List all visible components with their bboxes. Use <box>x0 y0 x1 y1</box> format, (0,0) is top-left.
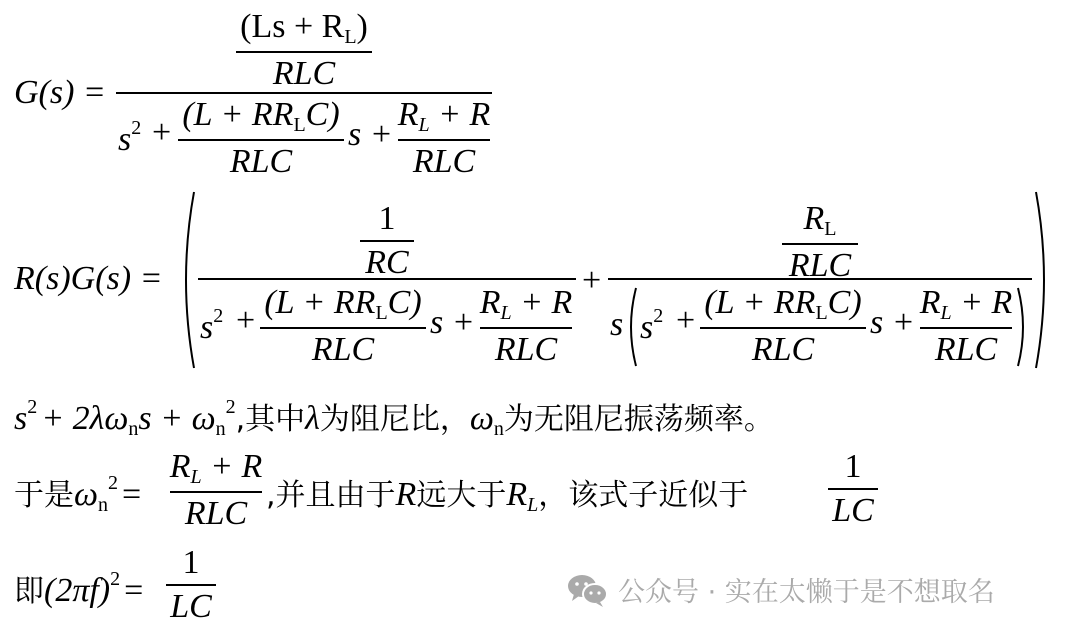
eq2-right-frac1: (L + RRLC) RLC <box>700 286 866 367</box>
left-big-paren <box>176 190 198 370</box>
eq2-left-frac1: (L + RRLC) RLC <box>260 286 426 367</box>
eq1-lhs: G(s) = <box>14 76 106 110</box>
watermark: 公众号 · 实在太懒于是不想取名 <box>566 570 995 609</box>
wechat-icon <box>566 573 610 607</box>
eq1-main-fraction-bar <box>116 92 492 94</box>
inner-right-paren <box>1016 286 1030 368</box>
eq4-fraction: RL + R RLC <box>170 450 262 531</box>
eq1-top-fraction: (Ls + RL) RLC <box>236 10 372 91</box>
eq1-frac1: (L + RRLC) RLC <box>178 98 344 179</box>
inner-left-paren <box>624 286 638 368</box>
eq2-lhs: R(s)G(s) = <box>14 262 163 296</box>
eq5-fraction: 1 LC <box>166 546 216 624</box>
eq2-right-top-frac: RL RLC <box>782 202 858 283</box>
eq4-approx-fraction: 1 LC <box>828 450 878 528</box>
eq2-left-top-frac: 1 RC <box>360 202 414 280</box>
eq1-frac2: RL + R RLC <box>398 98 490 179</box>
eq1-s-squared: s2 <box>118 118 141 157</box>
eq2-left-frac2: RL + R RLC <box>480 286 572 367</box>
watermark-text: 公众号 · 实在太懒于是不想取名 <box>618 570 995 609</box>
eq2-right-frac2: RL + R RLC <box>920 286 1012 367</box>
equation-characteristic-line: s2 + 2λωns + ωn2,其中λ为阻尼比，ωn为无阻尼振荡频率。 <box>14 394 774 441</box>
right-big-paren <box>1032 190 1054 370</box>
